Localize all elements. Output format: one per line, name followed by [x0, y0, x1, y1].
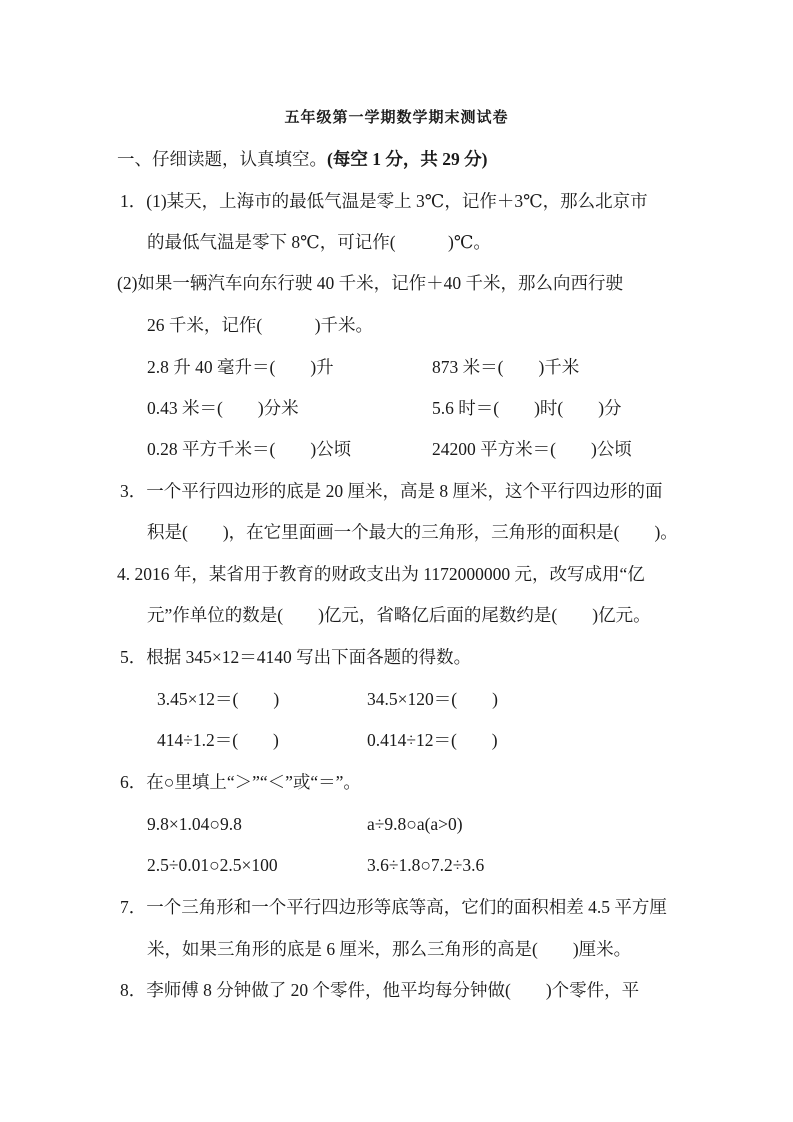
- question-line: 2.5÷0.01○2.5×100: [147, 854, 278, 876]
- exam-title: 五年级第一学期数学期末测试卷: [0, 106, 793, 127]
- question-line: 0.43 米＝( )分米: [147, 397, 299, 419]
- question-line: 9.8×1.04○9.8: [147, 813, 242, 835]
- question-line: 0.414÷12＝( ): [367, 729, 498, 751]
- question-line: 4. 2016 年，某省用于教育的财政支出为 1172000000 元，改写成用…: [117, 563, 645, 585]
- question-line: 1．(1)某天，上海市的最低气温是零上 3℃，记作＋3℃，那么北京市: [120, 190, 648, 212]
- question-line: 的最低气温是零下 8℃，可记作( )℃。: [147, 231, 491, 253]
- question-line: 8．李师傅 8 分钟做了 20 个零件，他平均每分钟做( )个零件，平: [120, 979, 639, 1001]
- question-line: 6．在○里填上“＞”“＜”或“＝”。: [120, 771, 361, 793]
- question-line: 5.6 时＝( )时( )分: [432, 397, 622, 419]
- question-line: 7．一个三角形和一个平行四边形等底等高，它们的面积相差 4.5 平方厘: [120, 896, 667, 918]
- question-line: 24200 平方米＝( )公顷: [432, 438, 632, 460]
- question-line: a÷9.8○a(a>0): [367, 813, 463, 835]
- section-heading-text: 一、仔细读题，认真填空。: [117, 149, 327, 169]
- question-line: 3.6÷1.8○7.2÷3.6: [367, 854, 484, 876]
- question-line: 5．根据 345×12＝4140 写出下面各题的得数。: [120, 646, 471, 668]
- question-line: 873 米＝( )千米: [432, 356, 579, 378]
- question-line: 414÷1.2＝( ): [157, 729, 279, 751]
- question-line: 3.45×12＝( ): [157, 688, 279, 710]
- question-line: 0.28 平方千米＝( )公顷: [147, 438, 351, 460]
- question-line: 2.8 升 40 毫升＝( )升: [147, 356, 334, 378]
- question-line: 米，如果三角形的底是 6 厘米，那么三角形的高是( )厘米。: [147, 938, 631, 960]
- section-score: (每空 1 分，共 29 分): [327, 149, 487, 169]
- question-line: 元”作单位的数是( )亿元，省略亿后面的尾数约是( )亿元。: [147, 604, 651, 626]
- question-line: (2)如果一辆汽车向东行驶 40 千米，记作＋40 千米，那么向西行驶: [117, 272, 623, 294]
- section-heading: 一、仔细读题，认真填空。(每空 1 分，共 29 分): [117, 148, 487, 170]
- question-line: 积是( )，在它里面画一个最大的三角形，三角形的面积是( )。: [147, 521, 678, 543]
- question-line: 26 千米，记作( )千米。: [147, 314, 373, 336]
- question-line: 34.5×120＝( ): [367, 688, 498, 710]
- question-line: 3．一个平行四边形的底是 20 厘米，高是 8 厘米，这个平行四边形的面: [120, 480, 663, 502]
